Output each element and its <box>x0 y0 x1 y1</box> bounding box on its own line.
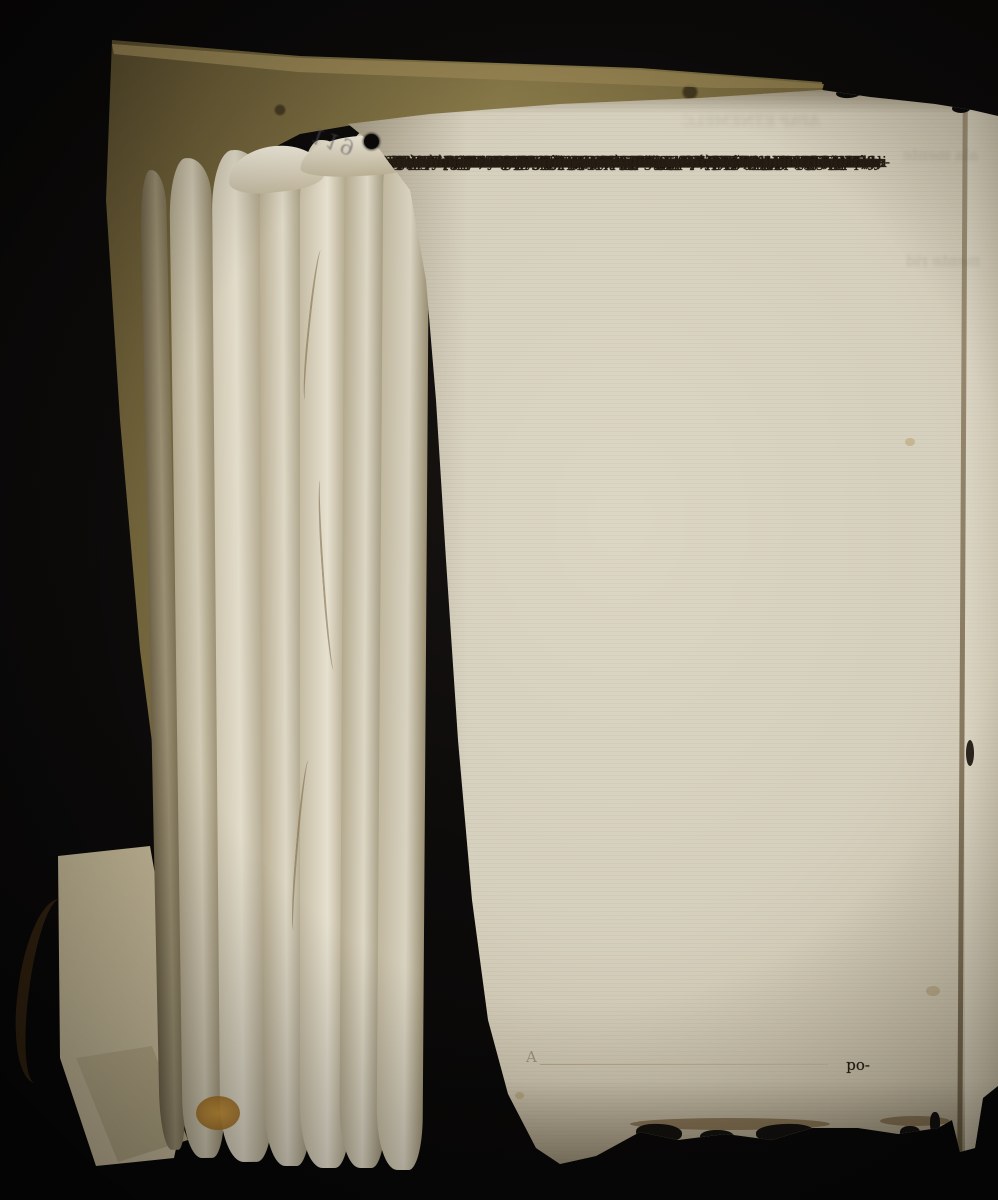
text-block: ſeruadas por los ſuperiores de las Relig… <box>373 151 869 1055</box>
verso-show-through: APAP ETNEMELC <box>560 112 820 146</box>
edge-damage <box>838 1134 860 1145</box>
fore-edge-nick <box>966 740 974 766</box>
orange-stain <box>196 1096 240 1130</box>
text-line: cierta ciencia , y madura deliberacion n… <box>373 151 866 174</box>
signature-mark: A <box>526 1048 537 1066</box>
top-edge-chip <box>952 104 970 113</box>
foxing-spot <box>926 986 940 996</box>
edge-damage <box>700 1130 734 1144</box>
book-photograph: ala mente mente rid APAP ETNEMELC ſeruad… <box>0 0 998 1200</box>
catchword: po- <box>790 1056 870 1074</box>
edge-damage <box>930 1112 940 1134</box>
foxing-spot <box>515 1092 524 1099</box>
edge-damage <box>756 1123 815 1143</box>
edge-damage <box>900 1126 920 1139</box>
verso-show-through: mente rid <box>868 252 980 312</box>
foxing-spot <box>905 438 915 446</box>
page-stack-edge <box>376 126 429 1170</box>
signature-rule-line <box>540 1064 828 1065</box>
